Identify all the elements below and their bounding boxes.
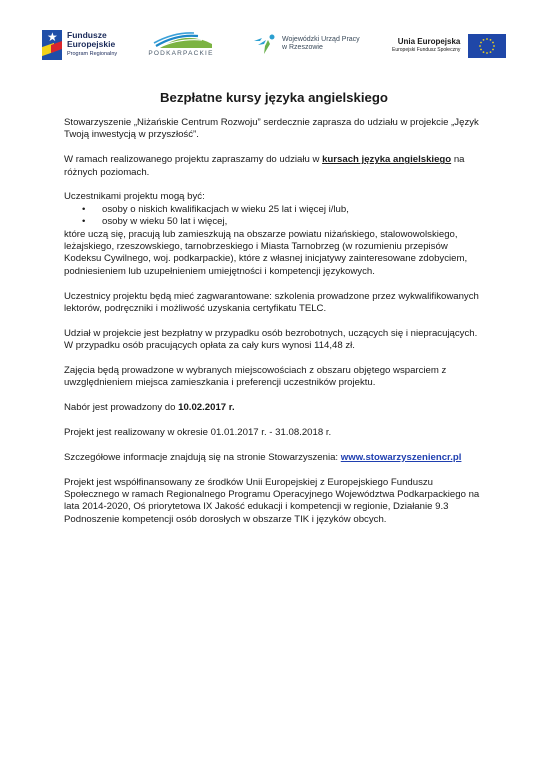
participant-item: osoby o niskich kwalifikacjach w wieku 2…: [102, 204, 484, 216]
ue-line2: Europejski Fundusz Społeczny: [392, 46, 460, 55]
fees-line2: W przypadku osób pracujących opłata za c…: [64, 340, 355, 351]
recruitment-text: Nabór jest prowadzony do: [64, 402, 178, 413]
unia-europejska-logo: Unia Europejska Europejski Fundusz Społe…: [392, 34, 506, 58]
info-paragraph: Szczegółowe informacje znajdują się na s…: [64, 452, 484, 464]
fundusze-europejskie-logo: ★ Fundusze Europejskie Program Regionaln…: [42, 30, 117, 60]
wup-line2: w Rzeszowie: [282, 44, 360, 53]
fe-line2: Europejskie: [67, 40, 117, 49]
fees-paragraph: Udział w projekcie jest bezpłatny w przy…: [64, 328, 484, 353]
logo-header: ★ Fundusze Europejskie Program Regionaln…: [0, 28, 543, 68]
participant-item: osoby w wieku 50 lat i więcej,: [102, 216, 484, 228]
podkarpackie-text: PODKARPACKIE: [148, 50, 213, 57]
period-paragraph: Projekt jest realizowany w okresie 01.01…: [64, 427, 484, 439]
recruitment-paragraph: Nabór jest prowadzony do 10.02.2017 r.: [64, 402, 484, 414]
locations-paragraph: Zajęcia będą prowadzone w wybranych miej…: [64, 365, 484, 390]
invite-text-before: W ramach realizowanego projektu zaprasza…: [64, 154, 322, 165]
fees-line1: Udział w projekcie jest bezpłatny w przy…: [64, 328, 477, 339]
guaranteed-paragraph: Uczestnicy projektu będą mieć zagwaranto…: [64, 291, 484, 316]
website-link[interactable]: www.stowarzyszeniencr.pl: [341, 452, 462, 463]
fundusze-europejskie-icon: ★: [42, 30, 62, 60]
wup-line1: Wojewódzki Urząd Pracy: [282, 36, 360, 45]
intro-paragraph: Stowarzyszenie „Niżańskie Centrum Rozwoj…: [64, 117, 484, 142]
podkarpackie-logo: PODKARPACKIE: [146, 32, 216, 57]
course-highlight: kursach języka angielskiego: [322, 154, 451, 165]
invite-paragraph: W ramach realizowanego projektu zaprasza…: [64, 154, 484, 179]
eu-flag-icon: [468, 34, 506, 58]
wup-figure-icon: [252, 32, 278, 56]
funding-paragraph: Projekt jest współfinansowany ze środków…: [64, 477, 484, 527]
recruitment-date: 10.02.2017 r.: [178, 402, 235, 413]
participants-lead: Uczestnikami projektu mogą być:: [64, 191, 484, 203]
ue-line1: Unia Europejska: [398, 37, 461, 46]
document-body: Bezpłatne kursy języka angielskiego Stow…: [64, 90, 484, 539]
fe-line3: Program Regionalny: [67, 50, 117, 59]
participants-section: Uczestnikami projektu mogą być: osoby o …: [64, 191, 484, 278]
participants-list: osoby o niskich kwalifikacjach w wieku 2…: [64, 204, 484, 229]
podkarpackie-hills-icon: [146, 32, 216, 48]
wup-logo: Wojewódzki Urząd Pracy w Rzeszowie: [252, 32, 360, 56]
document-title: Bezpłatne kursy języka angielskiego: [64, 90, 484, 106]
participants-tail: które uczą się, pracują lub zamieszkują …: [64, 229, 484, 279]
info-text: Szczegółowe informacje znajdują się na s…: [64, 452, 341, 463]
